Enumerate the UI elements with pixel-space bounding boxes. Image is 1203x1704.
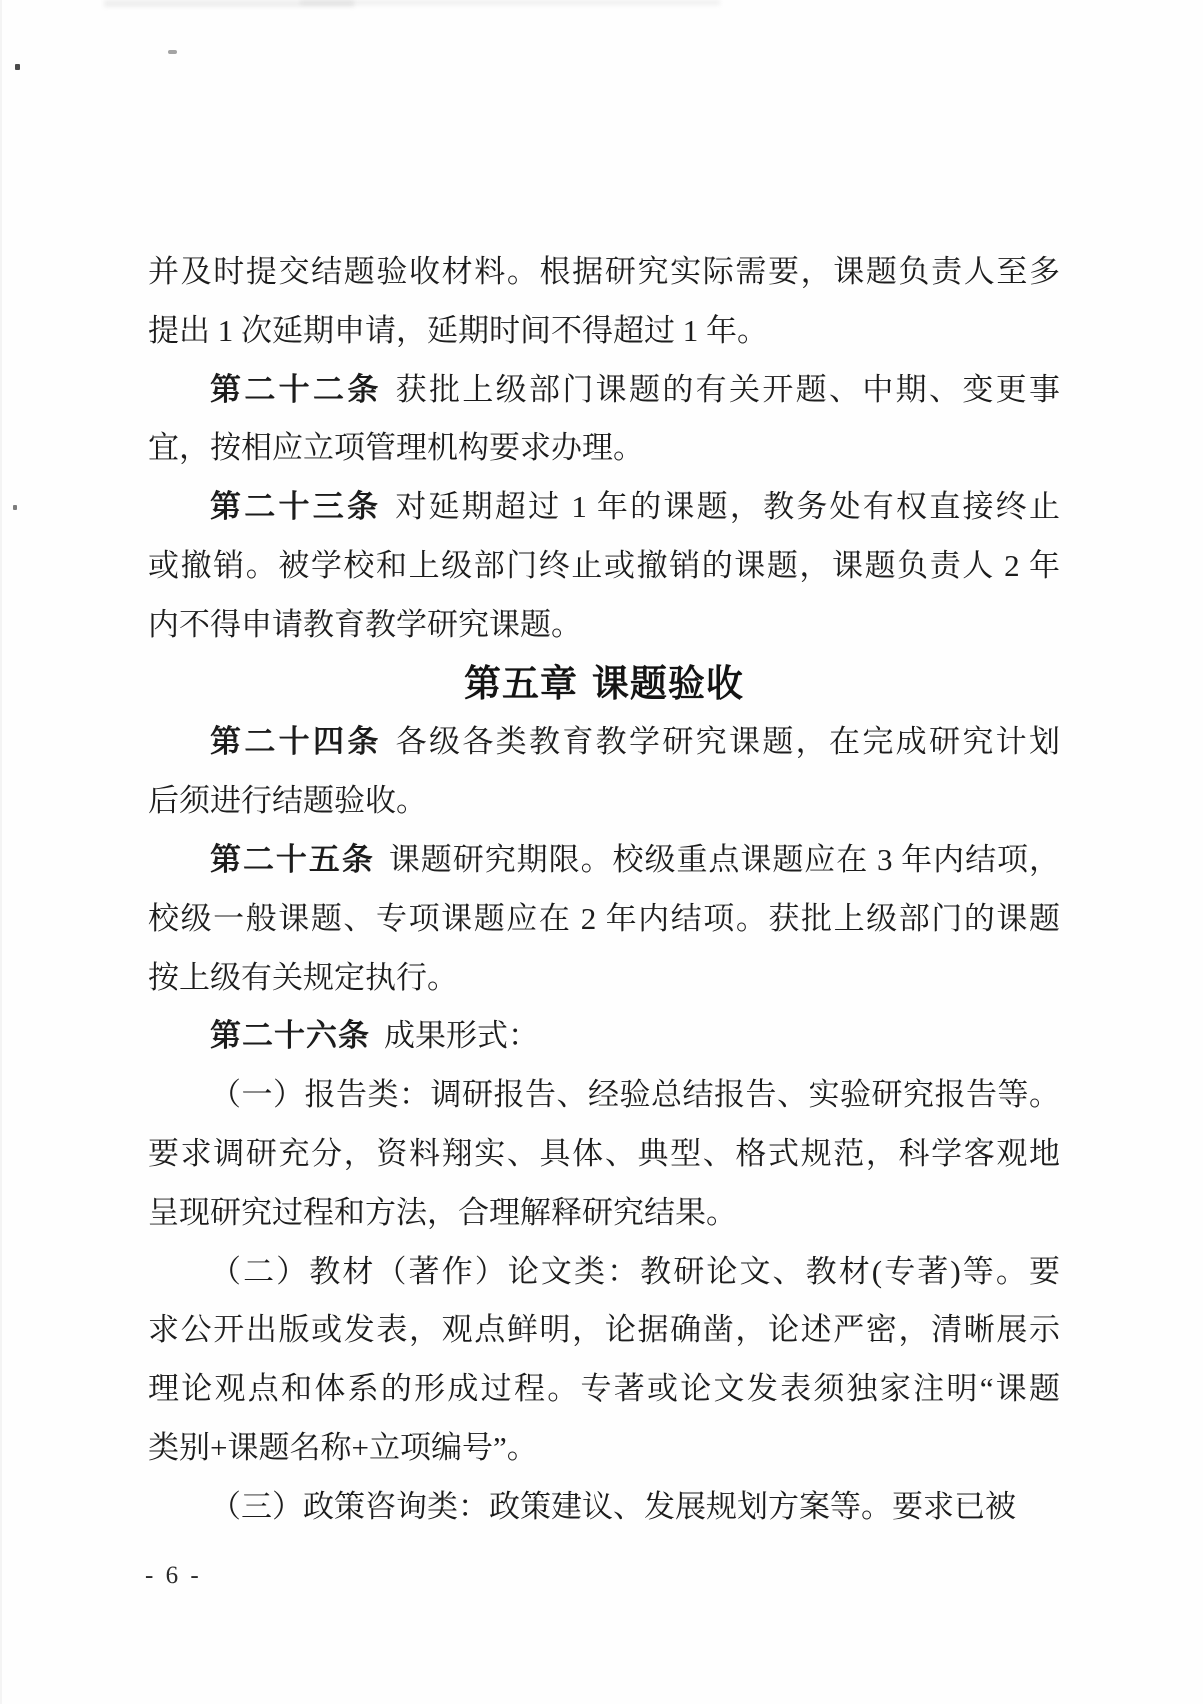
paragraph-line: 第二十三条对延期超过 1 年的课题，教务处有权直接终止 (148, 478, 1060, 537)
paragraph-text: 成果形式： (384, 1018, 539, 1053)
text-column: 并及时提交结题验收材料。根据研究实际需要，课题负责人至多 提出 1 次延期申请，… (148, 243, 1060, 1537)
page-number: - 6 - (145, 1562, 202, 1590)
scan-smudge (300, 0, 720, 5)
paragraph-text: （一）报告类：调研报告、经验总结报告、实验研究报告等。 (210, 1077, 1060, 1112)
paragraph-text: 宜，按相应立项管理机构要求办理。 (148, 430, 644, 465)
article-term: 第二十六条 (210, 1018, 370, 1054)
paragraph-text: 类别+课题名称+立项编号”。 (148, 1430, 538, 1465)
paragraph-line: 类别+课题名称+立项编号”。 (148, 1419, 1060, 1478)
article-term: 第二十二条 (210, 372, 382, 408)
paragraph-line: 提出 1 次延期申请，延期时间不得超过 1 年。 (148, 302, 1060, 361)
paragraph-line: 呈现研究过程和方法，合理解释研究结果。 (148, 1184, 1060, 1243)
paragraph-line: 第二十二条获批上级部门课题的有关开题、中期、变更事 (148, 361, 1060, 420)
scan-speck (15, 64, 20, 70)
chapter-heading: 第五章 课题验收 (148, 655, 1060, 714)
paragraph-line: 校级一般课题、专项课题应在 2 年内结项。获批上级部门的课题 (148, 890, 1060, 949)
paragraph-text: 对延期超过 1 年的课题，教务处有权直接终止 (395, 489, 1060, 524)
paragraph-text: 各级各类教育教学研究课题，在完成研究计划 (396, 724, 1060, 759)
paragraph-line: （二）教材（著作）论文类：教研论文、教材(专著)等。要 (148, 1243, 1060, 1302)
paragraph-line: （三）政策咨询类：政策建议、发展规划方案等。要求已被 (148, 1478, 1060, 1537)
paragraph-line: 第二十六条成果形式： (148, 1007, 1060, 1066)
article-term: 第二十五条 (210, 842, 375, 878)
paragraph-line: 并及时提交结题验收材料。根据研究实际需要，课题负责人至多 (148, 243, 1060, 302)
paragraph-line: 求公开出版或发表，观点鲜明，论据确凿，论述严密，清晰展示 (148, 1301, 1060, 1360)
paragraph-text: 或撤销。被学校和上级部门终止或撤销的课题，课题负责人 2 年 (148, 548, 1060, 583)
scan-edge-shadow (0, 0, 2, 1704)
paragraph-line: 或撤销。被学校和上级部门终止或撤销的课题，课题负责人 2 年 (148, 537, 1060, 596)
paragraph-text: 内不得申请教育教学研究课题。 (148, 607, 582, 642)
paragraph-text: （二）教材（著作）论文类：教研论文、教材(专著)等。要 (210, 1254, 1060, 1289)
paragraph-line: 第二十四条各级各类教育教学研究课题，在完成研究计划 (148, 713, 1060, 772)
paragraph-line: 内不得申请教育教学研究课题。 (148, 596, 1060, 655)
paragraph-text: 课题研究期限。校级重点课题应在 3 年内结项， (389, 842, 1060, 877)
article-term: 第二十三条 (210, 489, 381, 525)
paragraph-line: 理论观点和体系的形成过程。专著或论文发表须独家注明“课题 (148, 1360, 1060, 1419)
paragraph-text: 求公开出版或发表，观点鲜明，论据确凿，论述严密，清晰展示 (148, 1312, 1060, 1347)
paragraph-line: 宜，按相应立项管理机构要求办理。 (148, 419, 1060, 478)
paragraph-text: （三）政策咨询类：政策建议、发展规划方案等。要求已被 (210, 1489, 1016, 1524)
paragraph-text: 后须进行结题验收。 (148, 783, 427, 818)
paragraph-text: 提出 1 次延期申请，延期时间不得超过 1 年。 (148, 313, 768, 348)
paragraph-text: 并及时提交结题验收材料。根据研究实际需要，课题负责人至多 (148, 254, 1060, 289)
paragraph-line: 要求调研充分，资料翔实、具体、典型、格式规范，科学客观地 (148, 1125, 1060, 1184)
scan-speck (13, 505, 17, 510)
paragraph-text: 理论观点和体系的形成过程。专著或论文发表须独家注明“课题 (148, 1371, 1060, 1406)
paragraph-line: 按上级有关规定执行。 (148, 949, 1060, 1008)
paragraph-line: 第二十五条课题研究期限。校级重点课题应在 3 年内结项， (148, 831, 1060, 890)
document-page: 并及时提交结题验收材料。根据研究实际需要，课题负责人至多 提出 1 次延期申请，… (0, 0, 1203, 1704)
paragraph-line: 后须进行结题验收。 (148, 772, 1060, 831)
paragraph-text: 校级一般课题、专项课题应在 2 年内结项。获批上级部门的课题 (148, 901, 1060, 936)
article-term: 第二十四条 (210, 724, 382, 760)
paragraph-text: 按上级有关规定执行。 (148, 960, 458, 995)
paragraph-text: 呈现研究过程和方法，合理解释研究结果。 (148, 1195, 737, 1230)
paragraph-text: 获批上级部门课题的有关开题、中期、变更事 (396, 372, 1060, 407)
scan-speck (168, 50, 177, 54)
paragraph-line: （一）报告类：调研报告、经验总结报告、实验研究报告等。 (148, 1066, 1060, 1125)
paragraph-text: 要求调研充分，资料翔实、具体、典型、格式规范，科学客观地 (148, 1136, 1060, 1171)
